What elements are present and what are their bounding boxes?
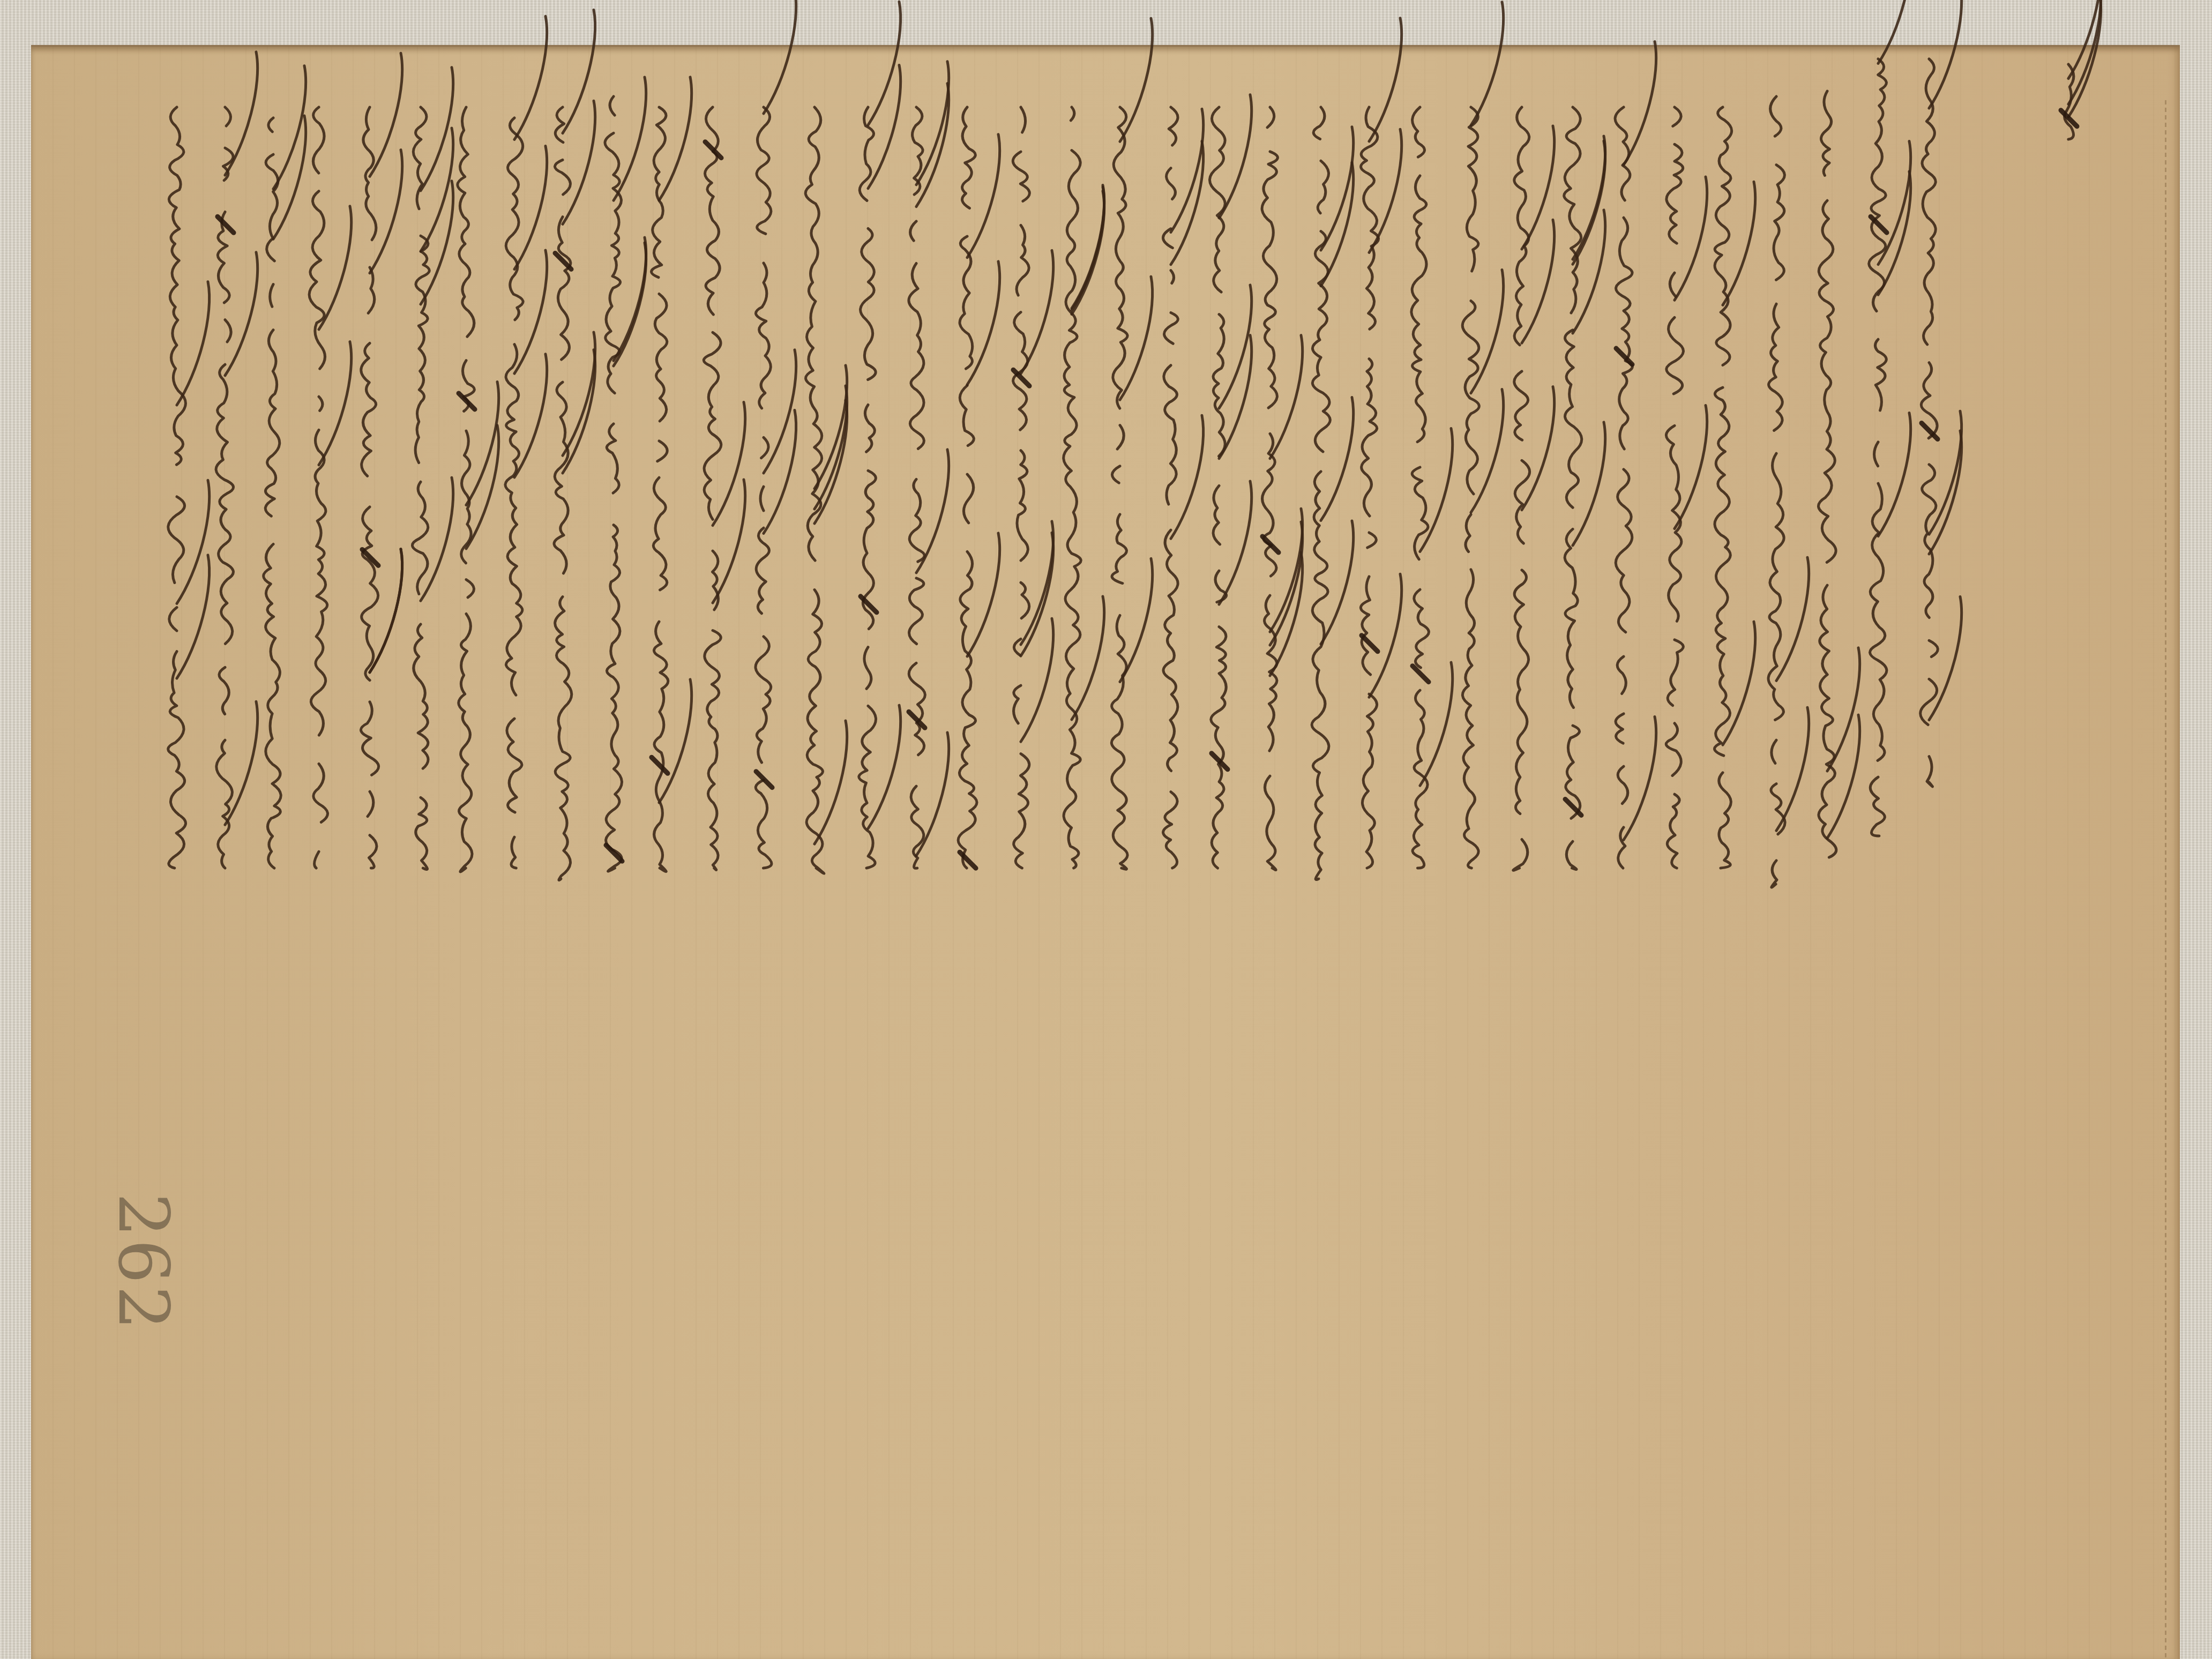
handwriting-line bbox=[1163, 107, 1203, 868]
handwriting-line bbox=[1361, 18, 1401, 868]
handwriting-line bbox=[1564, 107, 1605, 870]
handwriting-line bbox=[1920, 0, 1962, 787]
handwriting-line bbox=[412, 68, 453, 870]
handwriting-line bbox=[264, 66, 306, 868]
pencil-page-number: 262 bbox=[103, 1193, 184, 1332]
handwriting-line bbox=[1262, 107, 1303, 870]
handwriting-line bbox=[1666, 107, 1707, 868]
handwriting-line bbox=[554, 10, 595, 880]
handwriting-line bbox=[805, 107, 847, 873]
handwriting-line bbox=[1013, 107, 1053, 868]
handwriting-line bbox=[458, 107, 499, 872]
handwriting-line bbox=[1312, 107, 1354, 880]
handwriting-line bbox=[958, 107, 1000, 868]
handwriting-line bbox=[1818, 91, 1859, 857]
handwriting-line bbox=[1462, 2, 1503, 868]
handwriting-line bbox=[1064, 107, 1104, 868]
handwriting-line bbox=[756, 0, 796, 868]
handwriting-line bbox=[361, 53, 402, 868]
handwriting-line bbox=[1111, 18, 1152, 869]
handwriting-line bbox=[909, 62, 949, 869]
handwriting-line bbox=[216, 52, 258, 868]
handwriting-line bbox=[505, 16, 547, 868]
handwriting-line bbox=[1768, 96, 1809, 887]
handwriting-line bbox=[309, 107, 352, 868]
handwriting-line bbox=[2061, 0, 2101, 139]
handwriting-line bbox=[1869, 0, 1911, 836]
handwriting-line bbox=[1411, 107, 1453, 868]
handwriting-block bbox=[0, 0, 2212, 1659]
handwriting-line bbox=[1615, 42, 1656, 868]
handwriting-line bbox=[168, 107, 210, 868]
handwriting-line bbox=[1715, 107, 1755, 868]
handwriting-line bbox=[704, 107, 745, 870]
handwriting-line bbox=[605, 77, 646, 871]
handwriting-line bbox=[1513, 107, 1555, 870]
handwriting-line bbox=[1209, 95, 1251, 868]
handwriting-line bbox=[859, 2, 901, 868]
handwriting-line bbox=[652, 77, 692, 872]
